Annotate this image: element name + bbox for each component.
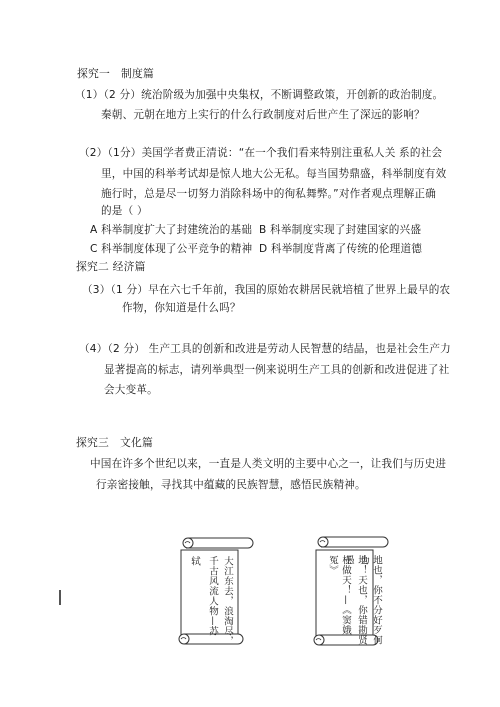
option-c: C 科举制度体现了公平竞争的精神 bbox=[90, 242, 252, 256]
question-4-line-2: 显著提高的标志，请列举典型一例来说明生产工具的创新和改进促进了社 bbox=[104, 363, 449, 377]
scroll-1-column-3: 轼 bbox=[188, 556, 201, 566]
scroll-1-column-1: 大江东去，浪淘尽， bbox=[221, 556, 234, 646]
scroll-2-column-3: 枉做天！—《窦娥冤》 bbox=[326, 555, 352, 648]
question-1-line-1: （1）（2 分）统治阶级为加强中央集权，不断调整政策，开创新的政治制度。 bbox=[75, 88, 443, 102]
scroll-1-column-2: 千古风流人物—苏 bbox=[206, 556, 219, 636]
option-b: B 科举制度实现了封建国家的兴盛 bbox=[259, 223, 421, 237]
question-3-line-1: （3）（1 分）早在六七千年前，我国的原始农耕居民就培植了世界上最早的农 bbox=[82, 283, 450, 297]
option-d: D 科举制度背离了传统的伦理道德 bbox=[259, 242, 422, 256]
scroll-quote-dou-e: 地也，你不分好歹何为 地！天也，你错勘贤愚 枉做天！—《窦娥冤》 bbox=[311, 533, 391, 648]
question-1-line-2: 秦朝、元朝在地方上实行的什么行政制度对后世产生了深远的影响？ bbox=[101, 108, 425, 122]
scroll-poem-su-shi: 大江东去，浪淘尽， 千古风流人物—苏 轼 bbox=[176, 534, 256, 649]
question-4-line-1: （4）（2 分） 生产工具的创新和改进是劳动人民智慧的结晶，也是社会生产力 bbox=[79, 342, 451, 356]
section-heading-culture: 探究三 文化篇 bbox=[76, 436, 153, 450]
culture-intro-line-1: 中国在许多个世纪以来，一直是人类文明的主要中心之一，让我们与历史进 bbox=[90, 457, 446, 471]
option-a: A 科举制度扩大了封建统治的基础 bbox=[90, 223, 252, 237]
question-3-line-2: 作物，你知道是什么吗？ bbox=[122, 301, 241, 315]
section-heading-economy: 探究二 经济篇 bbox=[76, 260, 146, 274]
question-2-line-3: 施行时，总是尽一切努力消除科场中的徇私舞弊。”对作者观点理解正确 bbox=[101, 187, 436, 201]
question-4-line-3: 会大变革。 bbox=[104, 383, 158, 397]
question-2-line-4: 的是（ ） bbox=[101, 204, 148, 218]
section-heading-institution: 探究一 制度篇 bbox=[77, 67, 154, 81]
question-2-line-2: 里，中国的科举考试却是惊人地大公无私。每当国势鼎盛，科举制度有效 bbox=[101, 167, 446, 181]
text-cursor bbox=[59, 590, 61, 605]
culture-intro-line-2: 行亲密接触，寻找其中蕴藏的民族智慧，感悟民族精神。 bbox=[96, 478, 366, 492]
question-2-line-1: （2）（1分）美国学者费正清说：“在一个我们看来特别注重私人关 系的社会 bbox=[79, 146, 442, 160]
